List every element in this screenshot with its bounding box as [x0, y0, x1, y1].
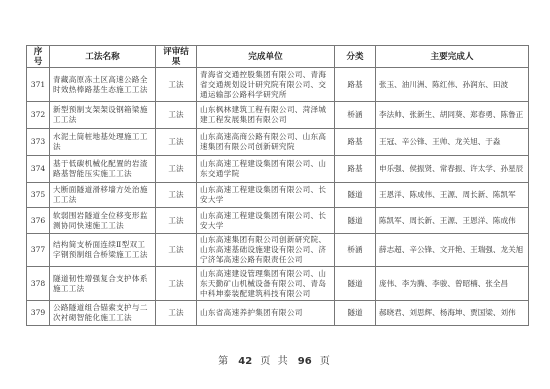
cell-seq: 379 [27, 301, 50, 326]
cell-persons: 陈凯军、周长新、王源、王恩洋、陈成伟 [376, 208, 529, 234]
cell-persons: 庞伟、李为腾、李骏、曾昭楠、张全昌 [376, 267, 529, 301]
table-header-row: 序号 工法名称 评审结果 完成单位 分类 主要完成人 [27, 46, 529, 68]
cell-persons: 王冠、辛公锋、王帅、龙关旭、于淼 [376, 129, 529, 156]
cell-unit: 山东高速工程建设集团有限公司、山东交通学院 [197, 156, 335, 183]
cell-name: 软弱围岩隧道全位移变形监测协同快速施工工法 [50, 208, 156, 234]
cell-persons: 张玉、油川洲、陈红伟、孙润东、田波 [376, 68, 529, 102]
cell-name: 隧道韧性增强复合支护体系施工工法 [50, 267, 156, 301]
cell-result: 工法 [156, 68, 197, 102]
cell-category: 路基 [335, 129, 376, 156]
header-unit: 完成单位 [197, 46, 335, 68]
cell-unit: 山东枫林建筑工程有限公司、菏泽城建工程发展集团有限公司 [197, 102, 335, 129]
cell-seq: 371 [27, 68, 50, 102]
header-persons: 主要完成人 [376, 46, 529, 68]
cell-result: 工法 [156, 267, 197, 301]
cell-persons: 申乐强、侯振贤、常春振、许太学、孙星辰 [376, 156, 529, 183]
cell-seq: 376 [27, 208, 50, 234]
cell-name: 公路隧道组合锚索支护与二次衬砌智能化施工工法 [50, 301, 156, 326]
table-row: 371 青藏高原冻土区高速公路全时效热棒路基生态施工工法 工法 青海省交通控股集… [27, 68, 529, 102]
table-row: 374 基于低碳机械化配置的岩渣路基智能压实施工工法 工法 山东高速工程建设集团… [27, 156, 529, 183]
cell-category: 隧道 [335, 301, 376, 326]
header-category: 分类 [335, 46, 376, 68]
cell-name: 大断面隧道滑移墙方处治施工工法 [50, 183, 156, 208]
header-name: 工法名称 [50, 46, 156, 68]
cell-unit: 山东高速集团有限公司创新研究院、山东高速基础设施建设有限公司、济宁济邹高速公路有… [197, 234, 335, 267]
cell-unit: 山东高速工程建设集团有限公司、长安大学 [197, 183, 335, 208]
cell-persons: 郝晓君、刘思辉、杨海坤、贾国梁、刘伟 [376, 301, 529, 326]
cell-seq: 375 [27, 183, 50, 208]
cell-category: 隧道 [335, 183, 376, 208]
total-page-number: 96 [298, 356, 312, 367]
cell-result: 工法 [156, 102, 197, 129]
cell-category: 隧道 [335, 208, 376, 234]
cell-category: 隧道 [335, 267, 376, 301]
cell-category: 桥涵 [335, 102, 376, 129]
cell-result: 工法 [156, 301, 197, 326]
cell-name: 结构简支桥面连续Ⅱ型双工字钢预制组合桥梁施工工法 [50, 234, 156, 267]
table-row: 379 公路隧道组合锚索支护与二次衬砌智能化施工工法 工法 山东省高速养护集团有… [27, 301, 529, 326]
table-row: 373 水泥土筒桩地基处理施工工法 工法 山东高速高商公路有限公司、山东高速集团… [27, 129, 529, 156]
cell-seq: 378 [27, 267, 50, 301]
table-row: 376 软弱围岩隧道全位移变形监测协同快速施工工法 工法 山东高速工程建设集团有… [27, 208, 529, 234]
cell-unit: 山东高速建设管理集团有限公司、山东天勤矿山机械设备有限公司、青岛中科坤泰装配建筑… [197, 267, 335, 301]
cell-name: 青藏高原冻土区高速公路全时效热棒路基生态施工工法 [50, 68, 156, 102]
cell-unit: 山东高速工程建设集团有限公司、长安大学 [197, 208, 335, 234]
table-row: 377 结构简支桥面连续Ⅱ型双工字钢预制组合桥梁施工工法 工法 山东高速集团有限… [27, 234, 529, 267]
header-seq: 序号 [27, 46, 50, 68]
cell-result: 工法 [156, 208, 197, 234]
cell-persons: 王恩洋、陈成伟、王源、周长新、陈凯军 [376, 183, 529, 208]
cell-unit: 山东高速高商公路有限公司、山东高速集团有限公司创新研究院 [197, 129, 335, 156]
cell-result: 工法 [156, 183, 197, 208]
cell-category: 桥涵 [335, 234, 376, 267]
cell-seq: 377 [27, 234, 50, 267]
table-row: 378 隧道韧性增强复合支护体系施工工法 工法 山东高速建设管理集团有限公司、山… [27, 267, 529, 301]
cell-result: 工法 [156, 156, 197, 183]
cell-category: 路基 [335, 68, 376, 102]
cell-unit: 青海省交通控股集团有限公司、青海省交通规划设计研究院有限公司、交通运输部公路科学… [197, 68, 335, 102]
cell-seq: 373 [27, 129, 50, 156]
cell-name: 新型预制支架架设钢箱梁施工工法 [50, 102, 156, 129]
cell-name: 基于低碳机械化配置的岩渣路基智能压实施工工法 [50, 156, 156, 183]
cell-persons: 薛志超、辛公锋、文开艳、王瑞强、龙关旭 [376, 234, 529, 267]
footer-mid: 页 共 [260, 356, 289, 367]
cell-unit: 山东省高速养护集团有限公司 [197, 301, 335, 326]
cell-result: 工法 [156, 129, 197, 156]
current-page-number: 42 [238, 356, 252, 367]
table-row: 375 大断面隧道滑移墙方处治施工工法 工法 山东高速工程建设集团有限公司、长安… [27, 183, 529, 208]
footer-prefix: 第 [218, 356, 230, 367]
cell-name: 水泥土筒桩地基处理施工工法 [50, 129, 156, 156]
awards-table: 序号 工法名称 评审结果 完成单位 分类 主要完成人 371 青藏高原冻土区高速… [26, 45, 529, 326]
cell-category: 路基 [335, 156, 376, 183]
table-row: 372 新型预制支架架设钢箱梁施工工法 工法 山东枫林建筑工程有限公司、菏泽城建… [27, 102, 529, 129]
header-result: 评审结果 [156, 46, 197, 68]
cell-result: 工法 [156, 234, 197, 267]
cell-seq: 374 [27, 156, 50, 183]
page-footer: 第 42 页 共 96 页 [0, 352, 550, 367]
footer-suffix: 页 [320, 356, 332, 367]
cell-seq: 372 [27, 102, 50, 129]
cell-persons: 李法帅、张新生、胡同葵、郑春勇、陈鲁正 [376, 102, 529, 129]
